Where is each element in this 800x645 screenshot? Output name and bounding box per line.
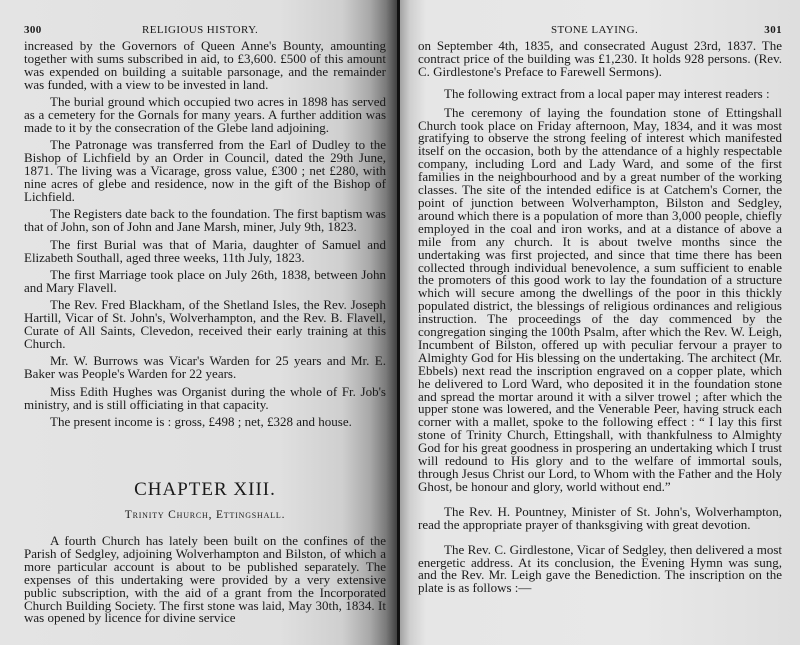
paragraph: The Patronage was transferred from the E…	[24, 139, 386, 204]
chapter-body-text: A fourth Church has lately been built on…	[24, 535, 386, 625]
right-running-head: STONE LAYING. 301	[418, 24, 800, 40]
page-number: 301	[764, 24, 782, 36]
paragraph: A fourth Church has lately been built on…	[24, 535, 386, 625]
book-spread: 300 RELIGIOUS HISTORY. increased by the …	[0, 0, 800, 645]
paragraph: on September 4th, 1835, and consecrated …	[418, 40, 782, 79]
paragraph: The Rev. C. Girdlestone, Vicar of Sedgle…	[418, 544, 782, 596]
paragraph: The following extract from a local paper…	[418, 88, 782, 101]
paragraph: The Rev. H. Pountney, Minister of St. Jo…	[418, 506, 782, 532]
paragraph: Miss Edith Hughes was Organist during th…	[24, 386, 386, 412]
paragraph: The Rev. Fred Blackham, of the Shetland …	[24, 299, 386, 351]
chapter-heading: CHAPTER XIII.	[24, 479, 386, 501]
left-page: 300 RELIGIOUS HISTORY. increased by the …	[0, 0, 398, 645]
left-body-text: increased by the Governors of Queen Anne…	[24, 40, 386, 429]
paragraph: The ceremony of laying the foundation st…	[418, 107, 782, 494]
paragraph: The present income is : gross, £498 ; ne…	[24, 416, 386, 429]
page-number: 300	[24, 24, 42, 36]
paragraph: The first Burial was that of Maria, daug…	[24, 239, 386, 265]
right-page: STONE LAYING. 301 on September 4th, 1835…	[398, 0, 800, 645]
book-spine-gutter	[397, 0, 400, 645]
running-head-title: RELIGIOUS HISTORY.	[142, 24, 258, 36]
paragraph: The burial ground which occupied two acr…	[24, 96, 386, 135]
right-body-text: on September 4th, 1835, and consecrated …	[418, 40, 782, 595]
paragraph: increased by the Governors of Queen Anne…	[24, 40, 386, 92]
left-running-head: 300 RELIGIOUS HISTORY.	[24, 24, 398, 40]
chapter-subheading: Trinity Church, Ettingshall.	[24, 509, 386, 521]
running-head-title: STONE LAYING.	[551, 24, 638, 36]
paragraph: The Registers date back to the foundatio…	[24, 208, 386, 234]
paragraph: The first Marriage took place on July 26…	[24, 269, 386, 295]
paragraph: Mr. W. Burrows was Vicar's Warden for 25…	[24, 355, 386, 381]
